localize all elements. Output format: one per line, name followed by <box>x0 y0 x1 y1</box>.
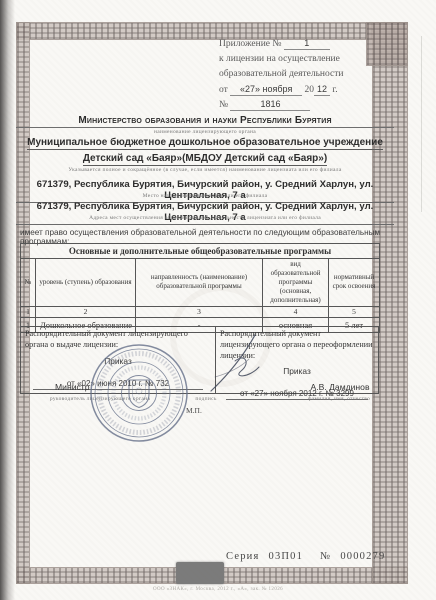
appendix-number-value: 1 <box>284 38 330 50</box>
licensee-location-caption: Место нахождения лицензиата или его фили… <box>18 193 392 199</box>
col-header-type: вид образовательной программы (основная,… <box>263 259 329 307</box>
date-day-month-value: «27» ноября <box>230 84 302 96</box>
license-no-label: № <box>219 100 228 110</box>
scan-dark-block <box>176 562 224 584</box>
index-cell: 5 <box>329 306 380 317</box>
index-cell: 4 <box>263 306 329 317</box>
appendix-label: Приложение № <box>219 39 281 49</box>
index-cell: 3 <box>136 306 263 317</box>
col-header-level: уровень (ступень) образования <box>36 259 136 307</box>
date-day: «27» <box>240 84 260 94</box>
programs-table-title: Основные и дополнительные общеобразовате… <box>21 244 380 259</box>
appendix-date-line: от «27» ноября 2012 г. <box>219 83 369 98</box>
printer-imprint: ООО «ЗНАК», г. Москва, 2012 г., «А», зак… <box>98 587 338 592</box>
date-century: 20 <box>305 85 315 95</box>
appendix-license-number-line: № 1816 <box>219 98 369 113</box>
col-header-term: нормативный срок освоения <box>329 259 380 307</box>
series-label: Серия <box>226 551 260 562</box>
date-month: ноября <box>263 84 293 94</box>
col-header-orientation: направленность (наименование) образовате… <box>136 259 263 307</box>
licensee-name-line1-text: Муниципальное бюджетное дошкольное образ… <box>27 137 383 150</box>
licensee-name-line2: Детский сад «Баяр»(МБДОУ Детский сад «Ба… <box>18 153 392 164</box>
license-appendix-document: Приложение № 1 к лицензии на осуществлен… <box>0 0 436 600</box>
licensee-name-caption: Указывается полное и сокращённое (в случ… <box>18 167 392 173</box>
date-year-value: 12 <box>314 84 330 96</box>
border-corner-ornament <box>366 22 408 66</box>
page-fold-line <box>421 36 422 212</box>
ministry-name: Министерство образования и науки Республ… <box>18 115 392 126</box>
minister-name: А.В. Дамдинов <box>288 382 392 392</box>
licensee-name-line2-text: Детский сад «Баяр»(МБДОУ Детский сад «Ба… <box>83 153 327 166</box>
appendix-line3: образовательной деятельности <box>219 67 369 82</box>
serial-no-label: № <box>320 551 331 562</box>
appendix-header: Приложение № 1 к лицензии на осуществлен… <box>219 37 369 113</box>
license-no-value: 1816 <box>230 99 310 111</box>
date-suffix: г. <box>332 85 337 95</box>
appendix-number-line: Приложение № 1 <box>219 37 369 52</box>
date-from-label: от <box>219 85 228 95</box>
scan-shadow-left <box>0 0 15 600</box>
minister-signature <box>185 333 280 395</box>
licensee-activity-caption: Адреса мест осуществления образовательно… <box>18 215 392 221</box>
index-cell: 2 <box>36 306 136 317</box>
official-round-seal <box>88 342 190 444</box>
name-caption: фамилия, имя, отчество <box>284 396 394 402</box>
serial-line: Серия 03П01 № 0000279 <box>226 551 382 562</box>
appendix-line2: к лицензии на осуществление <box>219 52 369 67</box>
index-cell: 1 <box>21 306 36 317</box>
licensee-name-line1: Муниципальное бюджетное дошкольное образ… <box>18 137 392 148</box>
licensee-activity-address: 671379, Республика Бурятия, Бичурский ра… <box>16 201 394 225</box>
col-header-no: № <box>21 259 36 307</box>
series-value: 03П01 <box>269 551 304 562</box>
programs-table: Основные и дополнительные общеобразовате… <box>20 243 380 333</box>
licensee-location: 671379, Республика Бурятия, Бичурский ра… <box>16 179 394 203</box>
ministry-caption: наименование лицензирующего органа <box>18 129 392 135</box>
minister-title: Министр <box>55 382 90 392</box>
serial-no-value: 0000279 <box>340 551 385 562</box>
